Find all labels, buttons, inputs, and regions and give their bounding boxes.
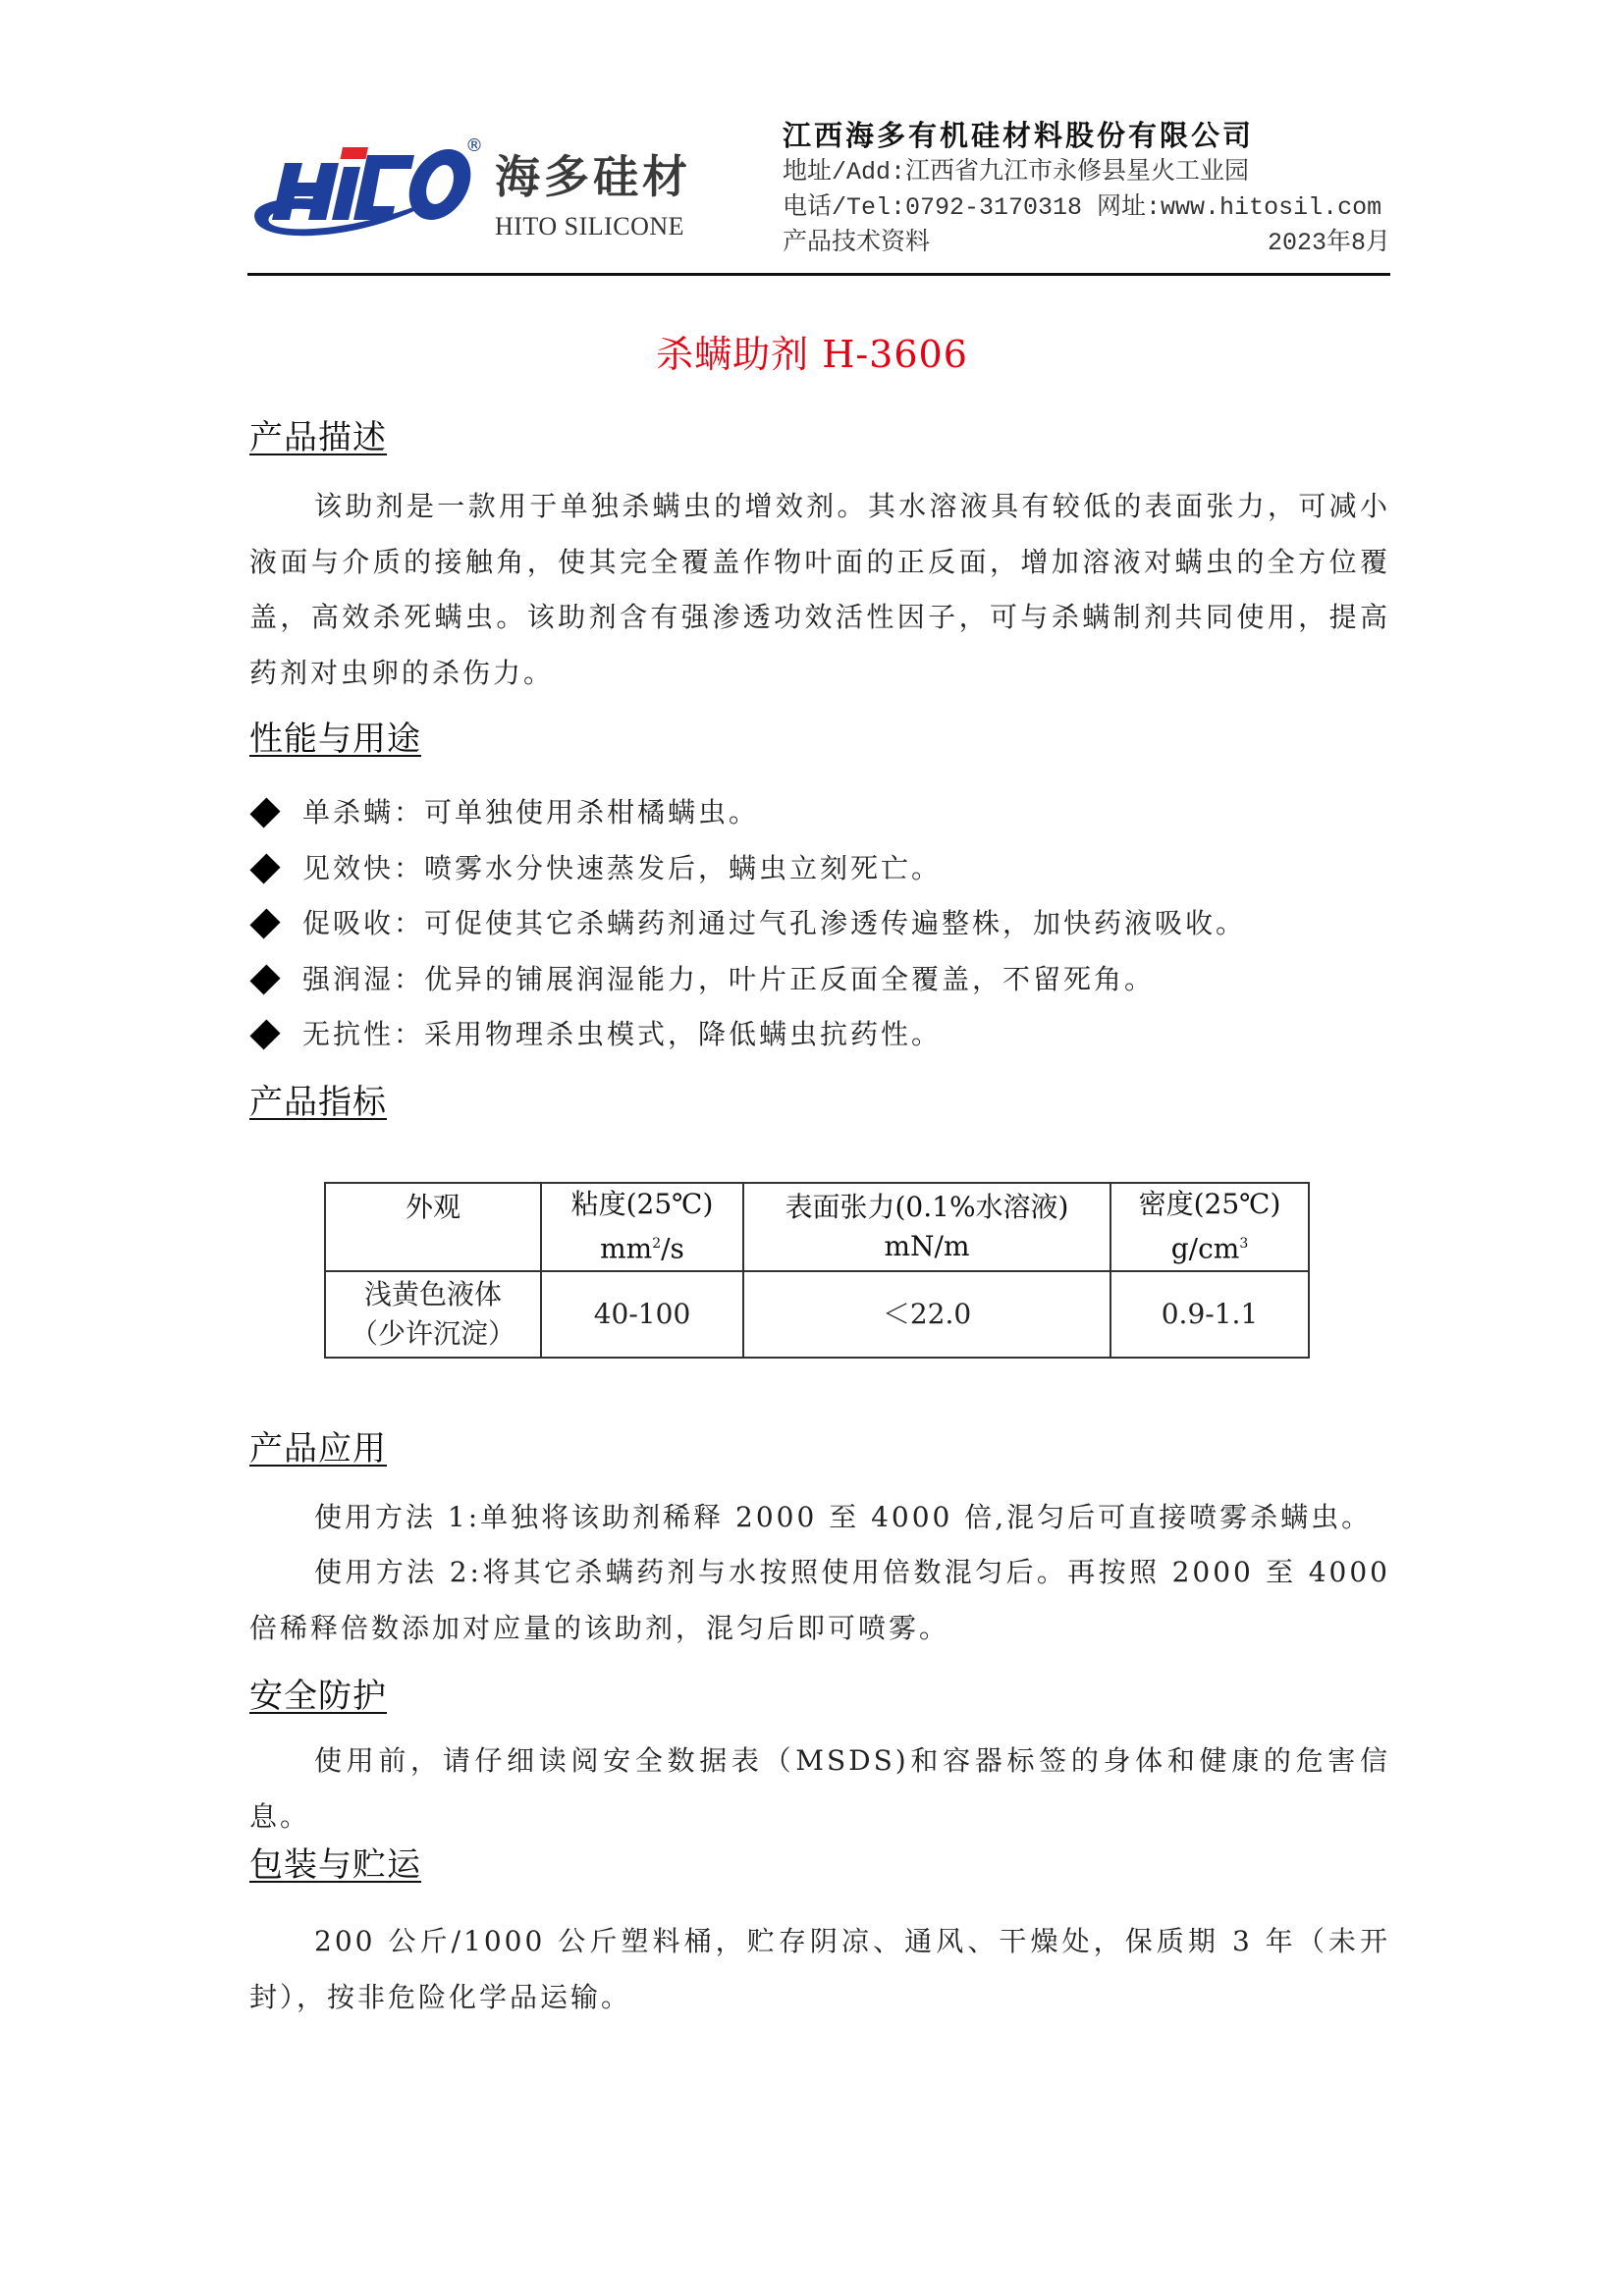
header-divider [247, 273, 1390, 276]
list-item: 见效快：喷雾水分快速蒸发后，螨虫立刻死亡。 [249, 841, 1390, 897]
company-logo: ® 海多硅材 HITO SILICONE [247, 133, 709, 241]
list-item: 强润湿：优异的铺展润湿能力，叶片正反面全覆盖，不留死角。 [249, 952, 1390, 1008]
list-item: 无抗性：采用物理杀虫模式，降低螨虫抗药性。 [249, 1007, 1390, 1063]
packaging-text: 200 公斤/1000 公斤塑料桶，贮存阴凉、通风、干燥处，保质期 3 年（未开… [249, 1914, 1390, 2025]
diamond-bullet-icon [249, 1020, 280, 1050]
heading-specs: 产品指标 [249, 1075, 387, 1123]
description-text: 该助剂是一款用于单独杀螨虫的增效剂。其水溶液具有较低的表面张力，可减小液面与介质… [249, 479, 1390, 701]
cell-density: 0.9-1.1 [1110, 1271, 1309, 1358]
col-surface-tension: 表面张力(0.1%水溶液)mN/m [743, 1183, 1110, 1271]
diamond-bullet-icon [249, 798, 280, 828]
hito-logo-icon [247, 133, 473, 241]
cell-viscosity: 40-100 [541, 1271, 743, 1358]
letterhead: ® 海多硅材 HITO SILICONE 江西海多有机硅材料股份有限公司 地址/… [247, 116, 1390, 273]
features-list: 单杀螨：可单独使用杀柑橘螨虫。 见效快：喷雾水分快速蒸发后，螨虫立刻死亡。 促吸… [249, 785, 1390, 1063]
heading-application: 产品应用 [249, 1421, 387, 1469]
application-method-1: 使用方法 1:单独将该助剂稀释 2000 至 4000 倍,混匀后可直接喷雾杀螨… [249, 1490, 1390, 1546]
cell-surface-tension: ＜22.0 [743, 1271, 1110, 1358]
diamond-bullet-icon [249, 909, 280, 939]
company-contact: 电话/Tel:0792-3170318 网址:www.hitosil.com [783, 190, 1390, 226]
company-name: 江西海多有机硅材料股份有限公司 [783, 116, 1390, 155]
col-viscosity: 粘度(25℃)mm2/s [541, 1183, 743, 1271]
heading-safety: 安全防护 [249, 1669, 387, 1717]
col-density: 密度(25℃)g/cm3 [1110, 1183, 1309, 1271]
col-appearance: 外观 [325, 1183, 541, 1271]
heading-features: 性能与用途 [249, 712, 421, 760]
document-title: 杀螨助剂 H-3606 [0, 324, 1624, 378]
diamond-bullet-icon [249, 853, 280, 883]
table-row: 浅黄色液体（少许沉淀） 40-100 ＜22.0 0.9-1.1 [325, 1271, 1309, 1358]
logo-en-name: HITO SILICONE [495, 212, 684, 241]
registered-mark: ® [465, 135, 483, 156]
list-item: 促吸收：可促使其它杀螨药剂通过气孔渗透传遍整株，加快药液吸收。 [249, 896, 1390, 952]
table-header-row: 外观 粘度(25℃)mm2/s 表面张力(0.1%水溶液)mN/m 密度(25℃… [325, 1183, 1309, 1271]
cell-appearance: 浅黄色液体（少许沉淀） [325, 1271, 541, 1358]
company-address: 地址/Add:江西省九江市永修县星火工业园 [783, 155, 1390, 190]
company-info: 江西海多有机硅材料股份有限公司 地址/Add:江西省九江市永修县星火工业园 电话… [783, 116, 1390, 261]
heading-packaging: 包装与贮运 [249, 1838, 421, 1886]
doc-type: 产品技术资料 [783, 226, 930, 261]
doc-meta: 产品技术资料 2023年8月 [783, 226, 1390, 261]
logo-cn-name: 海多硅材 [495, 141, 691, 206]
diamond-bullet-icon [249, 964, 280, 994]
spec-table: 外观 粘度(25℃)mm2/s 表面张力(0.1%水溶液)mN/m 密度(25℃… [324, 1182, 1310, 1359]
doc-date: 2023年8月 [1268, 226, 1390, 261]
list-item: 单杀螨：可单独使用杀柑橘螨虫。 [249, 785, 1390, 841]
heading-description: 产品描述 [249, 410, 387, 458]
application-method-2: 使用方法 2:将其它杀螨药剂与水按照使用倍数混匀后。再按照 2000 至 400… [249, 1545, 1390, 1656]
safety-text: 使用前，请仔细读阅安全数据表（MSDS)和容器标签的身体和健康的危害信息。 [249, 1734, 1390, 1844]
